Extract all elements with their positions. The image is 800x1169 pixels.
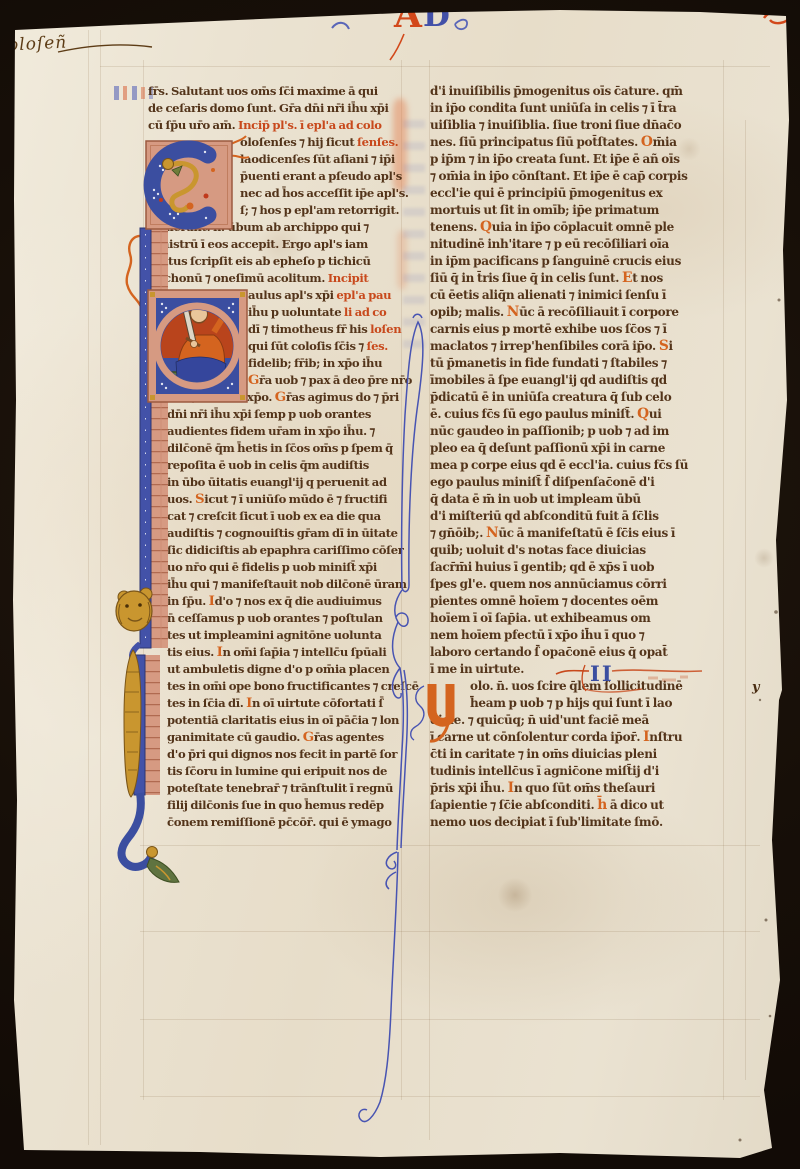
initial-c-dragon [146,136,249,229]
illumination-overlay [0,0,800,1169]
initial-p-paul [148,290,247,402]
parchment-leaf: A D aū ⁊ h̄m̄ oloſeñ fr̄s. Salutant uos … [0,0,800,1169]
edge-specks [739,299,781,1142]
divider-flourish [359,314,423,1121]
numeral-penwork [556,665,702,692]
gold-lion-head-ornament [116,588,152,631]
marginalia-line-1: aū ⁊ h̄m̄ [18,11,74,30]
manuscript-photo: { "page": { "background_color": "#170f08… [0,0,800,1169]
penwork-title-flourishes [58,12,790,61]
bar-terminal-ornament [121,793,179,882]
initial-u-volo [411,684,450,741]
